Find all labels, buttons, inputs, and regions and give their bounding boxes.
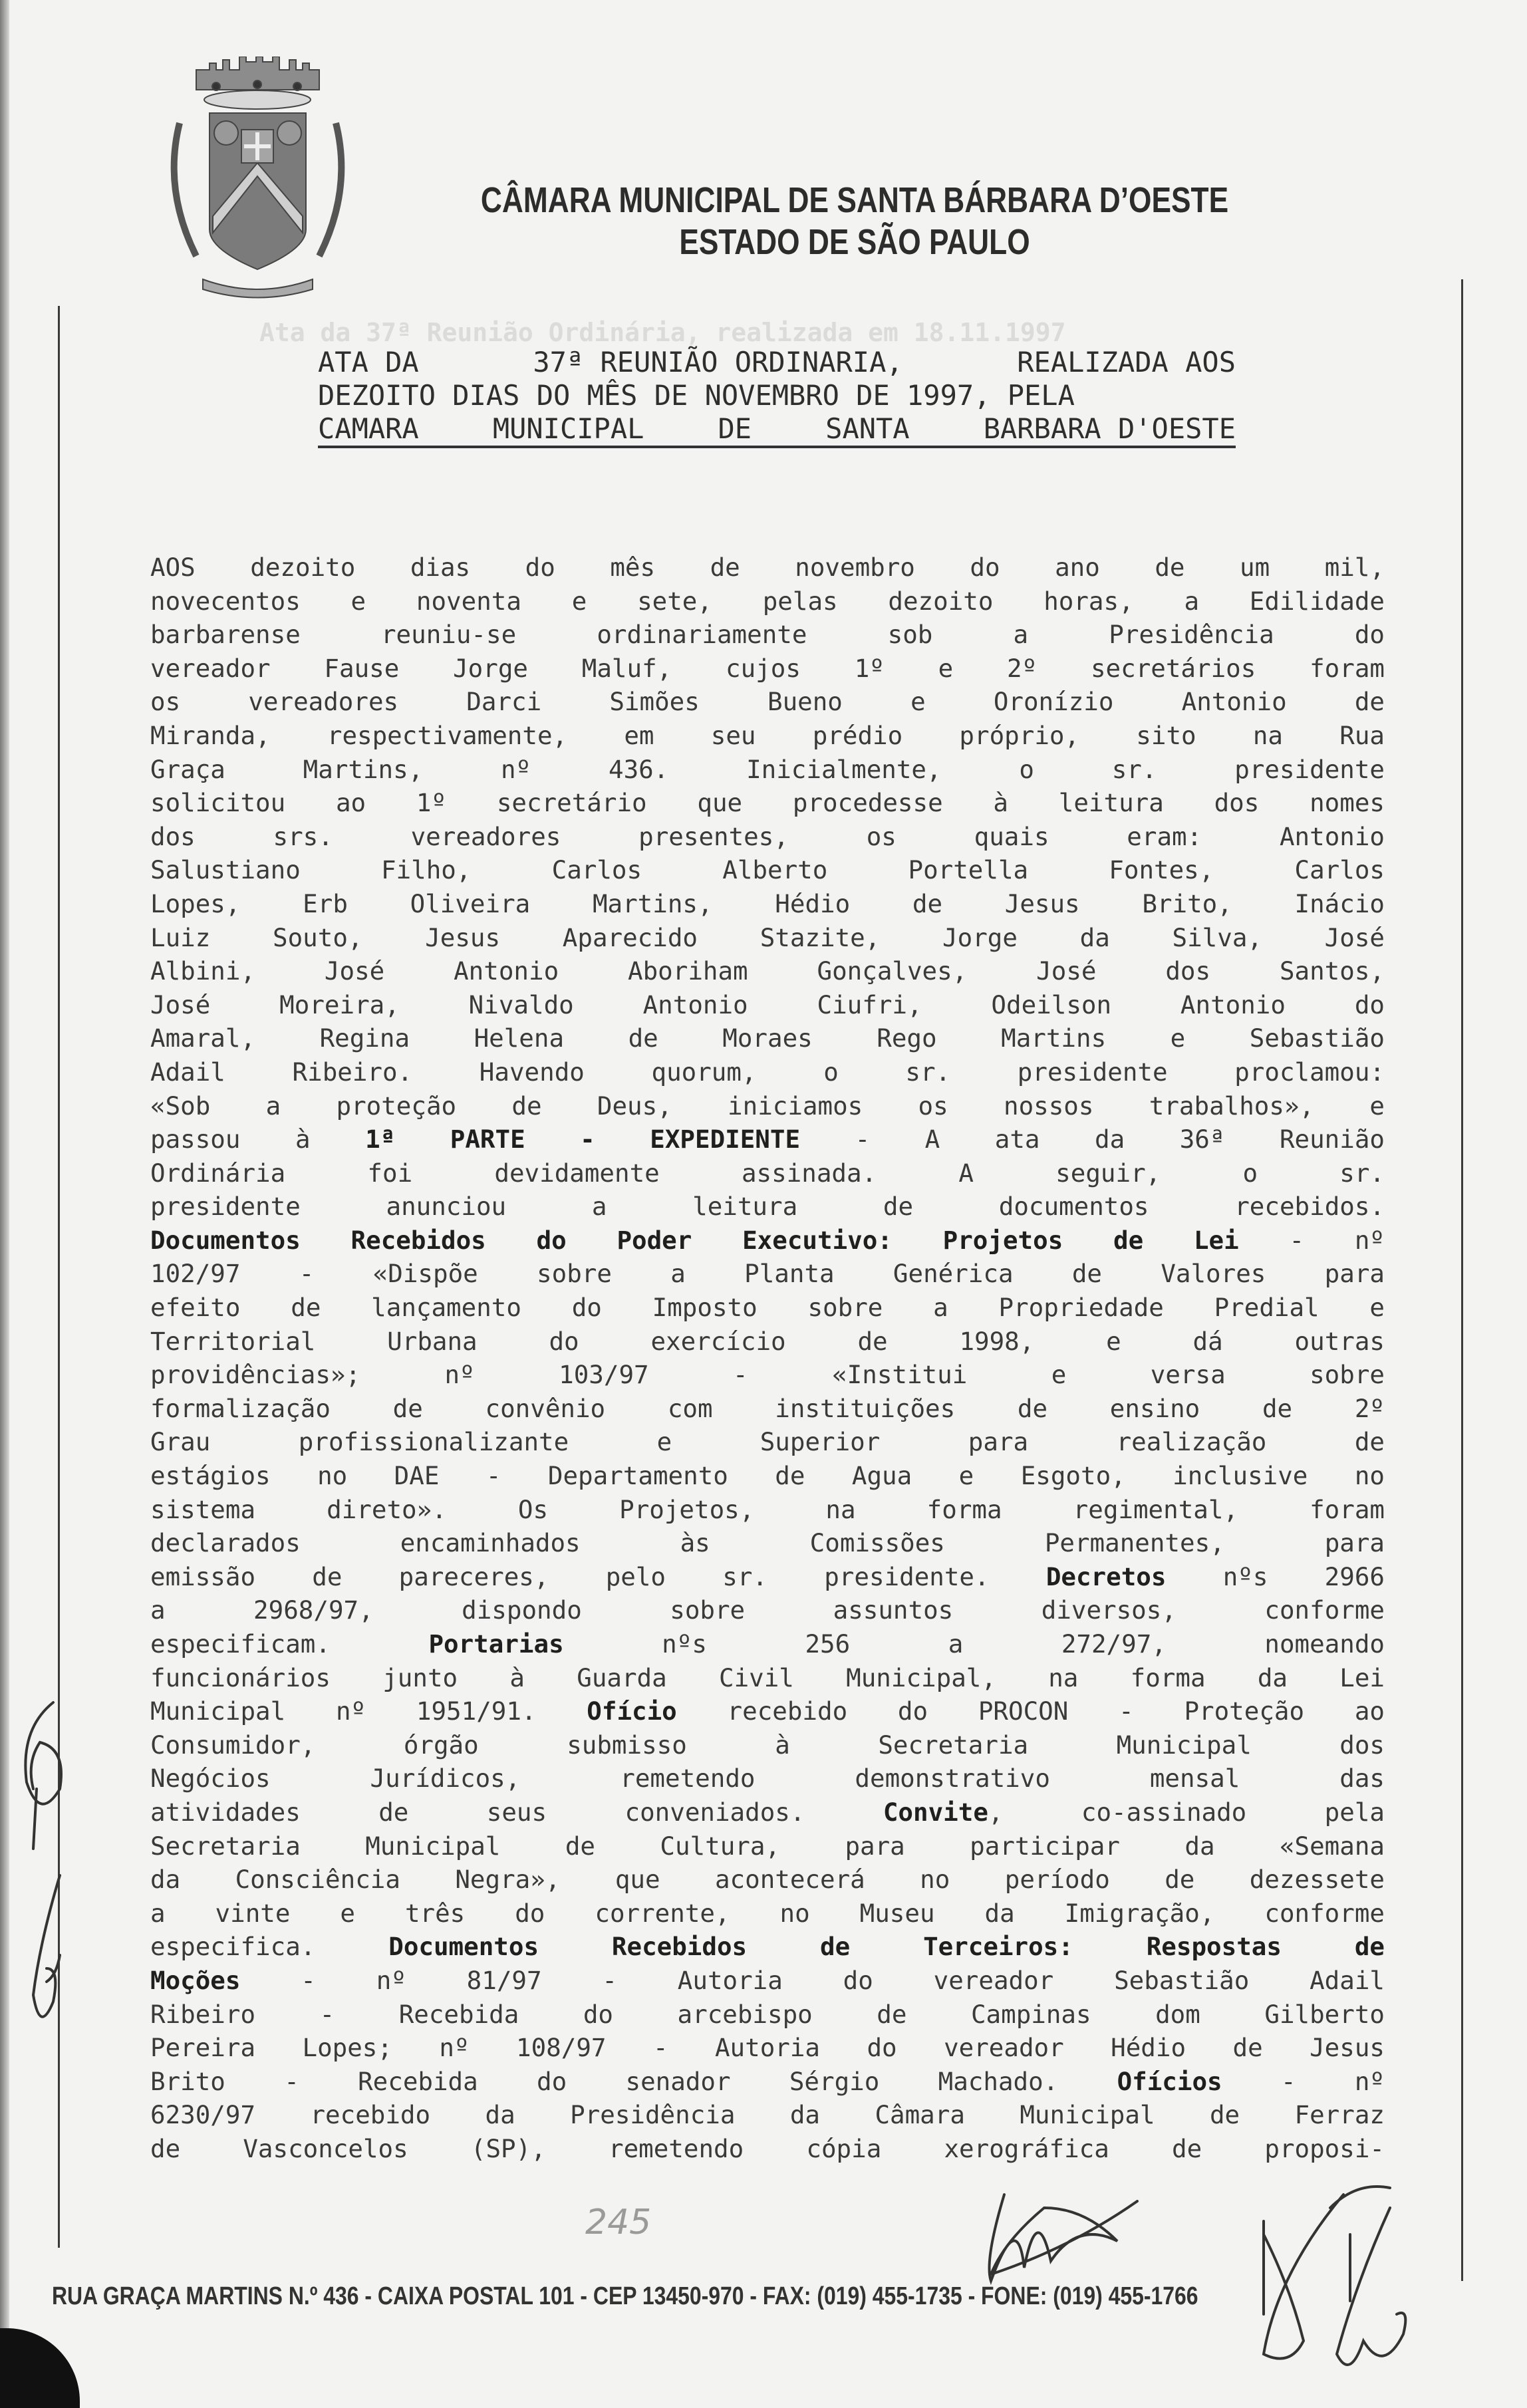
text-run: emissão de pareceres, pelo sr. president… <box>150 1562 1046 1591</box>
text-run: - nº 81/97 - Autoria do vereador Sebasti… <box>240 1966 1385 1995</box>
text-run: Negócios Jurídicos, remetendo demonstrat… <box>150 1764 1385 1793</box>
text-run: sistema direto». Os Projetos, na forma r… <box>150 1495 1385 1524</box>
text-run: providências»; nº 103/97 - «Institui e v… <box>150 1360 1385 1389</box>
text-run: José Moreira, Nivaldo Antonio Ciufri, Od… <box>150 990 1385 1019</box>
text-run: recebido do PROCON - Proteção ao <box>677 1696 1385 1726</box>
body-line: a 2968/97, dispondo sobre assuntos diver… <box>150 1593 1385 1627</box>
body-line: de Vasconcelos (SP), remetendo cópia xer… <box>150 2132 1385 2166</box>
body-line: barbarense reuniu-se ordinariamente sob … <box>150 618 1385 652</box>
text-run: 102/97 - «Dispõe sobre a Planta Genérica… <box>150 1259 1385 1288</box>
right-margin-rule <box>1461 279 1463 2281</box>
text-run: atividades de seus conveniados. <box>150 1798 883 1827</box>
text-run: formalização de convênio com instituiçõe… <box>150 1394 1385 1423</box>
text-run: Graça Martins, nº 436. Inicialmente, o s… <box>150 755 1385 784</box>
text-run: - nº <box>1239 1226 1385 1255</box>
minutes-body: AOS dezoito dias do mês de novembro do a… <box>150 551 1385 2166</box>
body-line: especificam. Portarias nºs 256 a 272/97,… <box>150 1627 1385 1661</box>
body-line: Consumidor, órgão submisso à Secretaria … <box>150 1728 1385 1762</box>
body-line: da Consciência Negra», que acontecerá no… <box>150 1863 1385 1897</box>
title-segment: SANTA <box>825 412 909 446</box>
body-line: a vinte e três do corrente, no Museu da … <box>150 1897 1385 1931</box>
text-run: 6230/97 recebido da Presidência da Câmar… <box>150 2100 1385 2129</box>
text-run: passou à <box>150 1125 365 1154</box>
text-run: especifica. <box>150 1932 388 1961</box>
body-line: Negócios Jurídicos, remetendo demonstrat… <box>150 1762 1385 1796</box>
title-segment: DEZOITO DIAS DO MÊS DE NOVEMBRO DE 1997,… <box>318 379 1075 412</box>
coat-of-arms-icon <box>150 57 366 303</box>
body-line: Documentos Recebidos do Poder Executivo:… <box>150 1224 1385 1258</box>
body-line: passou à 1ª PARTE - EXPEDIENTE - A ata d… <box>150 1123 1385 1156</box>
body-line: novecentos e noventa e sete, pelas dezoi… <box>150 585 1385 618</box>
text-run: Adail Ribeiro. Havendo quorum, o sr. pre… <box>150 1057 1385 1087</box>
body-line: estágios no DAE - Departamento de Agua e… <box>150 1459 1385 1493</box>
body-line: Adail Ribeiro. Havendo quorum, o sr. pre… <box>150 1055 1385 1089</box>
title-segment: DE <box>718 412 752 446</box>
bold-heading: Convite <box>883 1798 988 1827</box>
title-line-1: ATA DA 37ª REUNIÃO ORDINARIA, REALIZADA … <box>318 346 1236 379</box>
text-run: funcionários junto à Guarda Civil Munici… <box>150 1663 1385 1692</box>
title-segment: ATA DA <box>318 346 419 379</box>
body-line: especifica. Documentos Recebidos de Terc… <box>150 1930 1385 1964</box>
signature-2-icon <box>1250 2181 1417 2407</box>
text-run: dos srs. vereadores presentes, os quais … <box>150 822 1385 851</box>
text-run: Ribeiro - Recebida do arcebispo de Campi… <box>150 2000 1385 2029</box>
text-run: Consumidor, órgão submisso à Secretaria … <box>150 1730 1385 1760</box>
bold-heading: Moções <box>150 1966 240 1995</box>
text-run: estágios no DAE - Departamento de Agua e… <box>150 1461 1385 1490</box>
bold-heading: Ofícios <box>1117 2067 1222 2096</box>
body-line: Miranda, respectivamente, em seu prédio … <box>150 719 1385 753</box>
body-line: vereador Fause Jorge Maluf, cujos 1º e 2… <box>150 652 1385 686</box>
text-run: Luiz Souto, Jesus Aparecido Stazite, Jor… <box>150 923 1385 952</box>
body-line: Luiz Souto, Jesus Aparecido Stazite, Jor… <box>150 921 1385 955</box>
body-line: atividades de seus conveniados. Convite,… <box>150 1796 1385 1829</box>
text-run: Amaral, Regina Helena de Moraes Rego Mar… <box>150 1023 1385 1053</box>
text-run: Territorial Urbana do exercício de 1998,… <box>150 1327 1385 1356</box>
bold-heading: Decretos <box>1046 1562 1167 1591</box>
text-run: AOS dezoito dias do mês de novembro do a… <box>150 553 1385 582</box>
institution-name: CÂMARA MUNICIPAL DE SANTA BÁRBARA D’OEST… <box>460 180 1250 221</box>
body-line: providências»; nº 103/97 - «Institui e v… <box>150 1358 1385 1392</box>
body-line: declarados encaminhados às Comissões Per… <box>150 1526 1385 1560</box>
bold-heading: Ofício <box>587 1696 676 1726</box>
bold-heading: Documentos Recebidos do Poder Executivo:… <box>150 1226 1239 1255</box>
title-segment: REALIZADA AOS <box>1017 346 1236 379</box>
body-line: Ribeiro - Recebida do arcebispo de Campi… <box>150 1998 1385 2032</box>
body-line: Amaral, Regina Helena de Moraes Rego Mar… <box>150 1021 1385 1055</box>
body-line: 6230/97 recebido da Presidência da Câmar… <box>150 2098 1385 2132</box>
text-run: , co-assinado pela <box>988 1798 1385 1827</box>
title-segment: 37ª REUNIÃO ORDINARIA, <box>533 346 902 379</box>
body-line: Graça Martins, nº 436. Inicialmente, o s… <box>150 753 1385 787</box>
body-line: presidente anunciou a leitura de documen… <box>150 1190 1385 1224</box>
page-number: 245 <box>585 2203 651 2242</box>
body-line: emissão de pareceres, pelo sr. president… <box>150 1560 1385 1594</box>
scan-corner <box>0 2328 80 2408</box>
text-run: Albini, José Antonio Aboriham Gonçalves,… <box>150 956 1385 986</box>
text-run: Grau profissionalizante e Superior para … <box>150 1427 1385 1456</box>
body-line: Grau profissionalizante e Superior para … <box>150 1425 1385 1459</box>
title-segment: CAMARA <box>318 412 419 446</box>
text-run: Salustiano Filho, Carlos Alberto Portell… <box>150 855 1385 884</box>
bold-heading: Portarias <box>428 1629 563 1659</box>
body-line: sistema direto». Os Projetos, na forma r… <box>150 1493 1385 1527</box>
text-run: os vereadores Darci Simões Bueno e Oroní… <box>150 687 1385 716</box>
text-run: Municipal nº 1951/91. <box>150 1696 587 1726</box>
body-line: dos srs. vereadores presentes, os quais … <box>150 820 1385 854</box>
footer-address: RUA GRAÇA MARTINS N.º 436 - CAIXA POSTAL… <box>52 2282 1236 2311</box>
state-name: ESTADO DE SÃO PAULO <box>460 221 1250 263</box>
scan-edge-shadow <box>0 0 9 2408</box>
title-segment: MUNICIPAL <box>493 412 644 446</box>
body-line: Salustiano Filho, Carlos Alberto Portell… <box>150 853 1385 887</box>
body-line: efeito de lançamento do Imposto sobre a … <box>150 1291 1385 1325</box>
text-run: nºs 256 a 272/97, nomeando <box>564 1629 1385 1659</box>
text-run: de Vasconcelos (SP), remetendo cópia xer… <box>150 2134 1385 2163</box>
bleed-through-text: Ata da 37ª Reunião Ordinária, realizada … <box>259 318 1350 347</box>
title-segment: BARBARA D'OESTE <box>984 412 1236 446</box>
document-page: CÂMARA MUNICIPAL DE SANTA BÁRBARA D’OEST… <box>0 0 1527 2408</box>
body-line: José Moreira, Nivaldo Antonio Ciufri, Od… <box>150 988 1385 1022</box>
text-run: efeito de lançamento do Imposto sobre a … <box>150 1293 1385 1322</box>
text-run: Secretaria Municipal de Cultura, para pa… <box>150 1831 1385 1861</box>
text-run: Lopes, Erb Oliveira Martins, Hédio de Je… <box>150 889 1385 918</box>
text-run: novecentos e noventa e sete, pelas dezoi… <box>150 587 1385 616</box>
text-run: barbarense reuniu-se ordinariamente sob … <box>150 620 1385 649</box>
body-line: Territorial Urbana do exercício de 1998,… <box>150 1325 1385 1359</box>
text-run: - nº <box>1222 2067 1385 2096</box>
body-line: Pereira Lopes; nº 108/97 - Autoria do ve… <box>150 2031 1385 2065</box>
body-line: solicitou ao 1º secretário que procedess… <box>150 786 1385 820</box>
body-line: Moções - nº 81/97 - Autoria do vereador … <box>150 1964 1385 1998</box>
body-line: funcionários junto à Guarda Civil Munici… <box>150 1661 1385 1695</box>
text-run: a vinte e três do corrente, no Museu da … <box>150 1899 1385 1928</box>
body-line: Brito - Recebida do senador Sérgio Macha… <box>150 2065 1385 2099</box>
body-line: os vereadores Darci Simões Bueno e Oroní… <box>150 685 1385 719</box>
text-run: Brito - Recebida do senador Sérgio Macha… <box>150 2067 1117 2096</box>
text-run: Pereira Lopes; nº 108/97 - Autoria do ve… <box>150 2033 1385 2062</box>
text-run: - A ata da 36ª Reunião <box>800 1125 1385 1154</box>
bold-heading: 1ª PARTE - EXPEDIENTE <box>365 1125 800 1154</box>
bold-heading: Documentos Recebidos de Terceiros: Respo… <box>388 1932 1385 1961</box>
margin-signature-icon <box>13 1689 73 2062</box>
text-run: declarados encaminhados às Comissões Per… <box>150 1528 1385 1557</box>
body-line: Albini, José Antonio Aboriham Gonçalves,… <box>150 954 1385 988</box>
body-line: Municipal nº 1951/91. Ofício recebido do… <box>150 1694 1385 1728</box>
text-run: presidente anunciou a leitura de documen… <box>150 1192 1385 1221</box>
text-run: da Consciência Negra», que acontecerá no… <box>150 1865 1385 1894</box>
text-run: solicitou ao 1º secretário que procedess… <box>150 788 1385 817</box>
body-line: «Sob a proteção de Deus, iniciamos os no… <box>150 1089 1385 1123</box>
text-run: vereador Fause Jorge Maluf, cujos 1º e 2… <box>150 654 1385 683</box>
text-run: especificam. <box>150 1629 428 1659</box>
body-line: Secretaria Municipal de Cultura, para pa… <box>150 1829 1385 1863</box>
body-line: Ordinária foi devidamente assinada. A se… <box>150 1156 1385 1190</box>
body-line: formalização de convênio com instituiçõe… <box>150 1392 1385 1426</box>
minutes-title: ATA DA 37ª REUNIÃO ORDINARIA, REALIZADA … <box>318 346 1236 448</box>
text-run: nºs 2966 <box>1166 1562 1385 1591</box>
text-run: a 2968/97, dispondo sobre assuntos diver… <box>150 1595 1385 1625</box>
text-run: «Sob a proteção de Deus, iniciamos os no… <box>150 1091 1385 1121</box>
text-run: Ordinária foi devidamente assinada. A se… <box>150 1158 1385 1188</box>
body-line: 102/97 - «Dispõe sobre a Planta Genérica… <box>150 1257 1385 1291</box>
title-line-2: DEZOITO DIAS DO MÊS DE NOVEMBRO DE 1997,… <box>318 379 1236 412</box>
text-run: Miranda, respectivamente, em seu prédio … <box>150 721 1385 750</box>
body-line: Lopes, Erb Oliveira Martins, Hédio de Je… <box>150 887 1385 921</box>
body-line: AOS dezoito dias do mês de novembro do a… <box>150 551 1385 585</box>
title-line-3: CAMARA MUNICIPAL DE SANTA BARBARA D'OEST… <box>318 412 1236 448</box>
